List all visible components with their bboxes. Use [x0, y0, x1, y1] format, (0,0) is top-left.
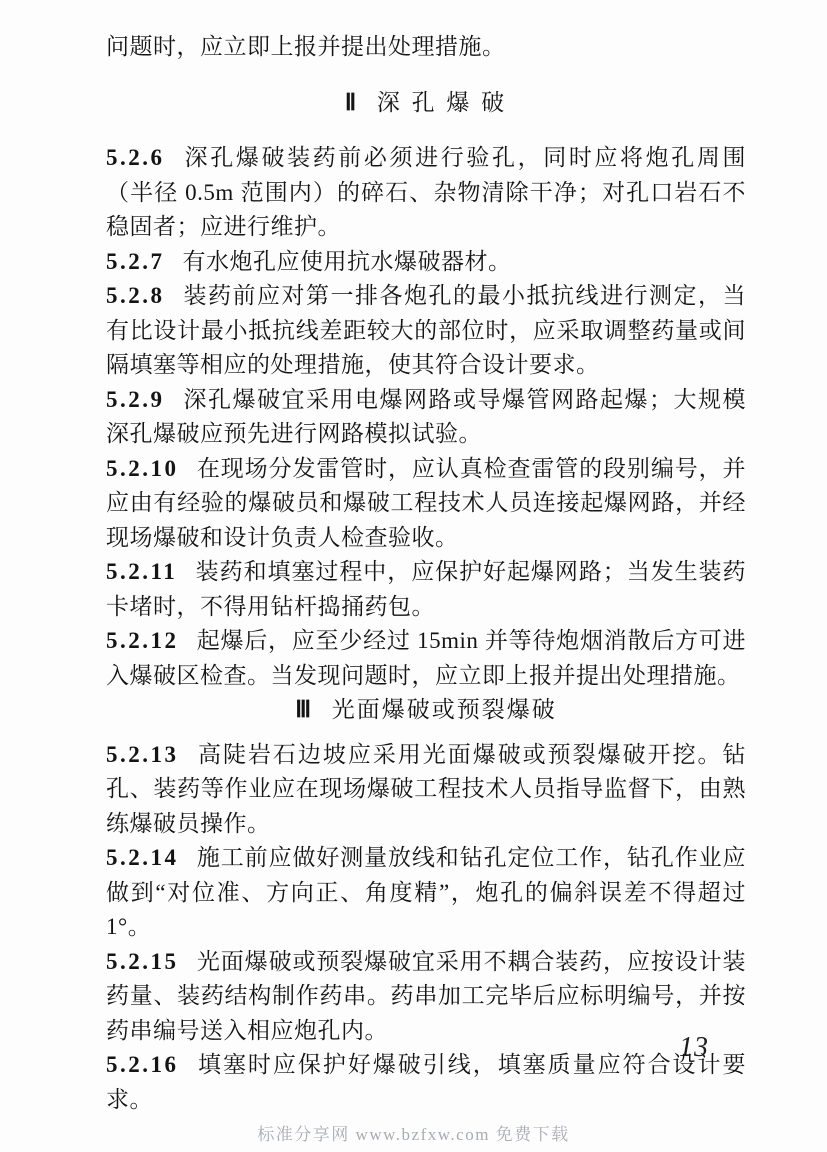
clause-5-2-6: 5.2.6深孔爆破装药前必须进行验孔，同时应将炮孔周围（半径 0.5m 范围内）… [106, 141, 746, 245]
clause-5-2-9: 5.2.9深孔爆破宜采用电爆网路或导爆管网路起爆；大规模深孔爆破应预先进行网路模… [106, 383, 746, 452]
clause-number: 5.2.16 [106, 1052, 197, 1077]
clause-5-2-15: 5.2.15光面爆破或预裂爆破宜采用不耦合装药，应按设计装药量、装药结构制作药串… [106, 945, 746, 1049]
clause-5-2-7: 5.2.7有水炮孔应使用抗水爆破器材。 [106, 245, 746, 280]
intro-paragraph: 问题时，应立即上报并提出处理措施。 [106, 30, 746, 65]
clause-5-2-12: 5.2.12起爆后，应至少经过 15min 并等待炮烟消散后方可进入爆破区检查。… [106, 624, 746, 693]
clause-number: 5.2.11 [106, 559, 195, 584]
section-title: 深 孔 爆 破 [377, 90, 507, 115]
clause-5-2-16: 5.2.16填塞时应保护好爆破引线，填塞质量应符合设计要求。 [106, 1048, 746, 1117]
clause-text: 填塞时应保护好爆破引线，填塞质量应符合设计要求。 [106, 1052, 746, 1112]
clause-number: 5.2.7 [106, 249, 183, 274]
clause-text: 光面爆破或预裂爆破宜采用不耦合装药，应按设计装药量、装药结构制作药串。药串加工完… [106, 949, 746, 1043]
clause-text: 施工前应做好测量放线和钻孔定位工作，钻孔作业应做到“对位准、方向正、角度精”，炮… [106, 845, 746, 939]
watermark-footer: 标准分享网 www.bzfxw.com 免费下载 [0, 1120, 827, 1145]
clause-5-2-13: 5.2.13高陡岩石边坡应采用光面爆破或预裂爆破开挖。钻孔、装药等作业应在现场爆… [106, 738, 746, 842]
clause-5-2-11: 5.2.11装药和填塞过程中，应保护好起爆网路；当发生装药卡堵时，不得用钻杆捣捅… [106, 555, 746, 624]
clause-text: 在现场分发雷管时，应认真检查雷管的段别编号，并应由有经验的爆破员和爆破工程技术人… [106, 456, 746, 550]
clause-text: 深孔爆破宜采用电爆网路或导爆管网路起爆；大规模深孔爆破应预先进行网路模拟试验。 [106, 387, 746, 447]
clause-number: 5.2.14 [106, 845, 197, 870]
clause-number: 5.2.12 [106, 628, 197, 653]
clause-text: 有水炮孔应使用抗水爆破器材。 [183, 249, 512, 274]
page-number: 13 [679, 1032, 709, 1064]
text-column: 问题时，应立即上报并提出处理措施。 Ⅱ深 孔 爆 破 5.2.6深孔爆破装药前必… [106, 30, 746, 1117]
section-numeral: Ⅲ [295, 697, 311, 722]
clause-5-2-8: 5.2.8装药前应对第一排各炮孔的最小抵抗线进行测定，当有比设计最小抵抗线差距较… [106, 279, 746, 383]
clause-5-2-10: 5.2.10在现场分发雷管时，应认真检查雷管的段别编号，并应由有经验的爆破员和爆… [106, 452, 746, 556]
section-heading-smooth-presplit-blasting: Ⅲ光面爆破或预裂爆破 [106, 693, 746, 728]
clause-5-2-14: 5.2.14施工前应做好测量放线和钻孔定位工作，钻孔作业应做到“对位准、方向正、… [106, 841, 746, 945]
document-page: 问题时，应立即上报并提出处理措施。 Ⅱ深 孔 爆 破 5.2.6深孔爆破装药前必… [0, 0, 827, 1152]
clause-number: 5.2.15 [106, 949, 197, 974]
section-numeral: Ⅱ [345, 90, 356, 115]
clause-number: 5.2.9 [106, 387, 183, 412]
clause-text: 装药前应对第一排各炮孔的最小抵抗线进行测定，当有比设计最小抵抗线差距较大的部位时… [106, 283, 746, 377]
clause-number: 5.2.6 [106, 145, 183, 170]
clause-number: 5.2.13 [106, 742, 197, 767]
clause-number: 5.2.8 [106, 283, 183, 308]
clause-text: 装药和填塞过程中，应保护好起爆网路；当发生装药卡堵时，不得用钻杆捣捅药包。 [106, 559, 746, 619]
clause-text: 深孔爆破装药前必须进行验孔，同时应将炮孔周围（半径 0.5m 范围内）的碎石、杂… [106, 145, 746, 239]
section-heading-deep-hole-blasting: Ⅱ深 孔 爆 破 [106, 86, 746, 121]
clause-text: 高陡岩石边坡应采用光面爆破或预裂爆破开挖。钻孔、装药等作业应在现场爆破工程技术人… [106, 742, 746, 836]
clause-number: 5.2.10 [106, 456, 197, 481]
clause-text: 起爆后，应至少经过 15min 并等待炮烟消散后方可进入爆破区检查。当发现问题时… [106, 628, 746, 688]
section-title: 光面爆破或预裂爆破 [332, 697, 557, 722]
